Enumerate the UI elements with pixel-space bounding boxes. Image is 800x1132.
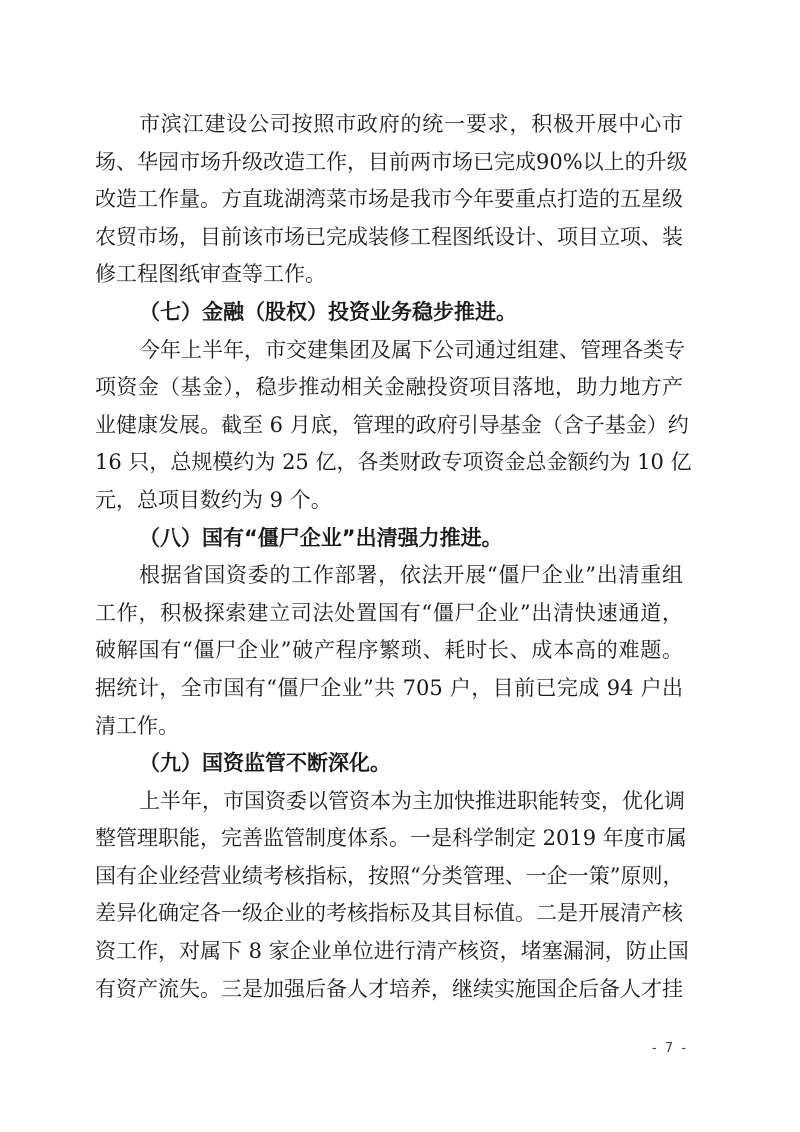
paragraph-line: 元，总项目数约为 9 个。 bbox=[95, 482, 683, 520]
paragraph-line: 今年上半年，市交建集团及属下公司通过组建、管理各类专 bbox=[95, 332, 683, 370]
paragraph-line: 市滨江建设公司按照市政府的统一要求，积极开展中心市 bbox=[95, 106, 683, 144]
paragraph-line: 业健康发展。截至 6 月底，管理的政府引导基金（含子基金）约 bbox=[95, 407, 683, 445]
paragraph-line: 有资产流失。三是加强后备人才培养，继续实施国企后备人才挂 bbox=[95, 971, 683, 1009]
paragraph-line: 项资金（基金），稳步推动相关金融投资项目落地，助力地方产 bbox=[95, 369, 683, 407]
section-heading-9: （九）国资监管不断深化。 bbox=[95, 745, 683, 783]
paragraph-line: 清工作。 bbox=[95, 708, 683, 746]
paragraph-line: 国有企业经营业绩考核指标，按照“分类管理、一企一策”原则， bbox=[95, 858, 683, 896]
paragraph-line: 根据省国资委的工作部署，依法开展“僵尸企业”出清重组 bbox=[95, 557, 683, 595]
page-number: - 7 - bbox=[652, 1041, 688, 1056]
paragraph-line: 上半年，市国资委以管资本为主加快推进职能转变，优化调 bbox=[95, 783, 683, 821]
paragraph-line: 16 只，总规模约为 25 亿，各类财政专项资金总金额约为 10 亿 bbox=[95, 444, 683, 482]
paragraph-line: 改造工作量。方直珑湖湾菜市场是我市今年要重点打造的五星级 bbox=[95, 181, 683, 219]
paragraph-line: 整管理职能，完善监管制度体系。一是科学制定 2019 年度市属 bbox=[95, 820, 683, 858]
paragraph-line: 场、华园市场升级改造工作，目前两市场已完成90%以上的升级 bbox=[95, 144, 683, 182]
paragraph-line: 差异化确定各一级企业的考核指标及其目标值。二是开展清产核 bbox=[95, 895, 683, 933]
paragraph-line: 修工程图纸审查等工作。 bbox=[95, 256, 683, 294]
paragraph-line: 农贸市场，目前该市场已完成装修工程图纸设计、项目立项、装 bbox=[95, 219, 683, 257]
section-heading-8: （八）国有“僵尸企业”出清强力推进。 bbox=[95, 520, 683, 558]
paragraph-line: 工作，积极探索建立司法处置国有“僵尸企业”出清快速通道， bbox=[95, 595, 683, 633]
paragraph-line: 破解国有“僵尸企业”破产程序繁琐、耗时长、成本高的难题。 bbox=[95, 632, 683, 670]
document-page: 市滨江建设公司按照市政府的统一要求，积极开展中心市 场、华园市场升级改造工作，目… bbox=[95, 106, 685, 1008]
section-heading-7: （七）金融（股权）投资业务稳步推进。 bbox=[95, 294, 683, 332]
paragraph-line: 据统计，全市国有“僵尸企业”共 705 户，目前已完成 94 户出 bbox=[95, 670, 683, 708]
paragraph-line: 资工作，对属下 8 家企业单位进行清产核资，堵塞漏洞，防止国 bbox=[95, 933, 683, 971]
